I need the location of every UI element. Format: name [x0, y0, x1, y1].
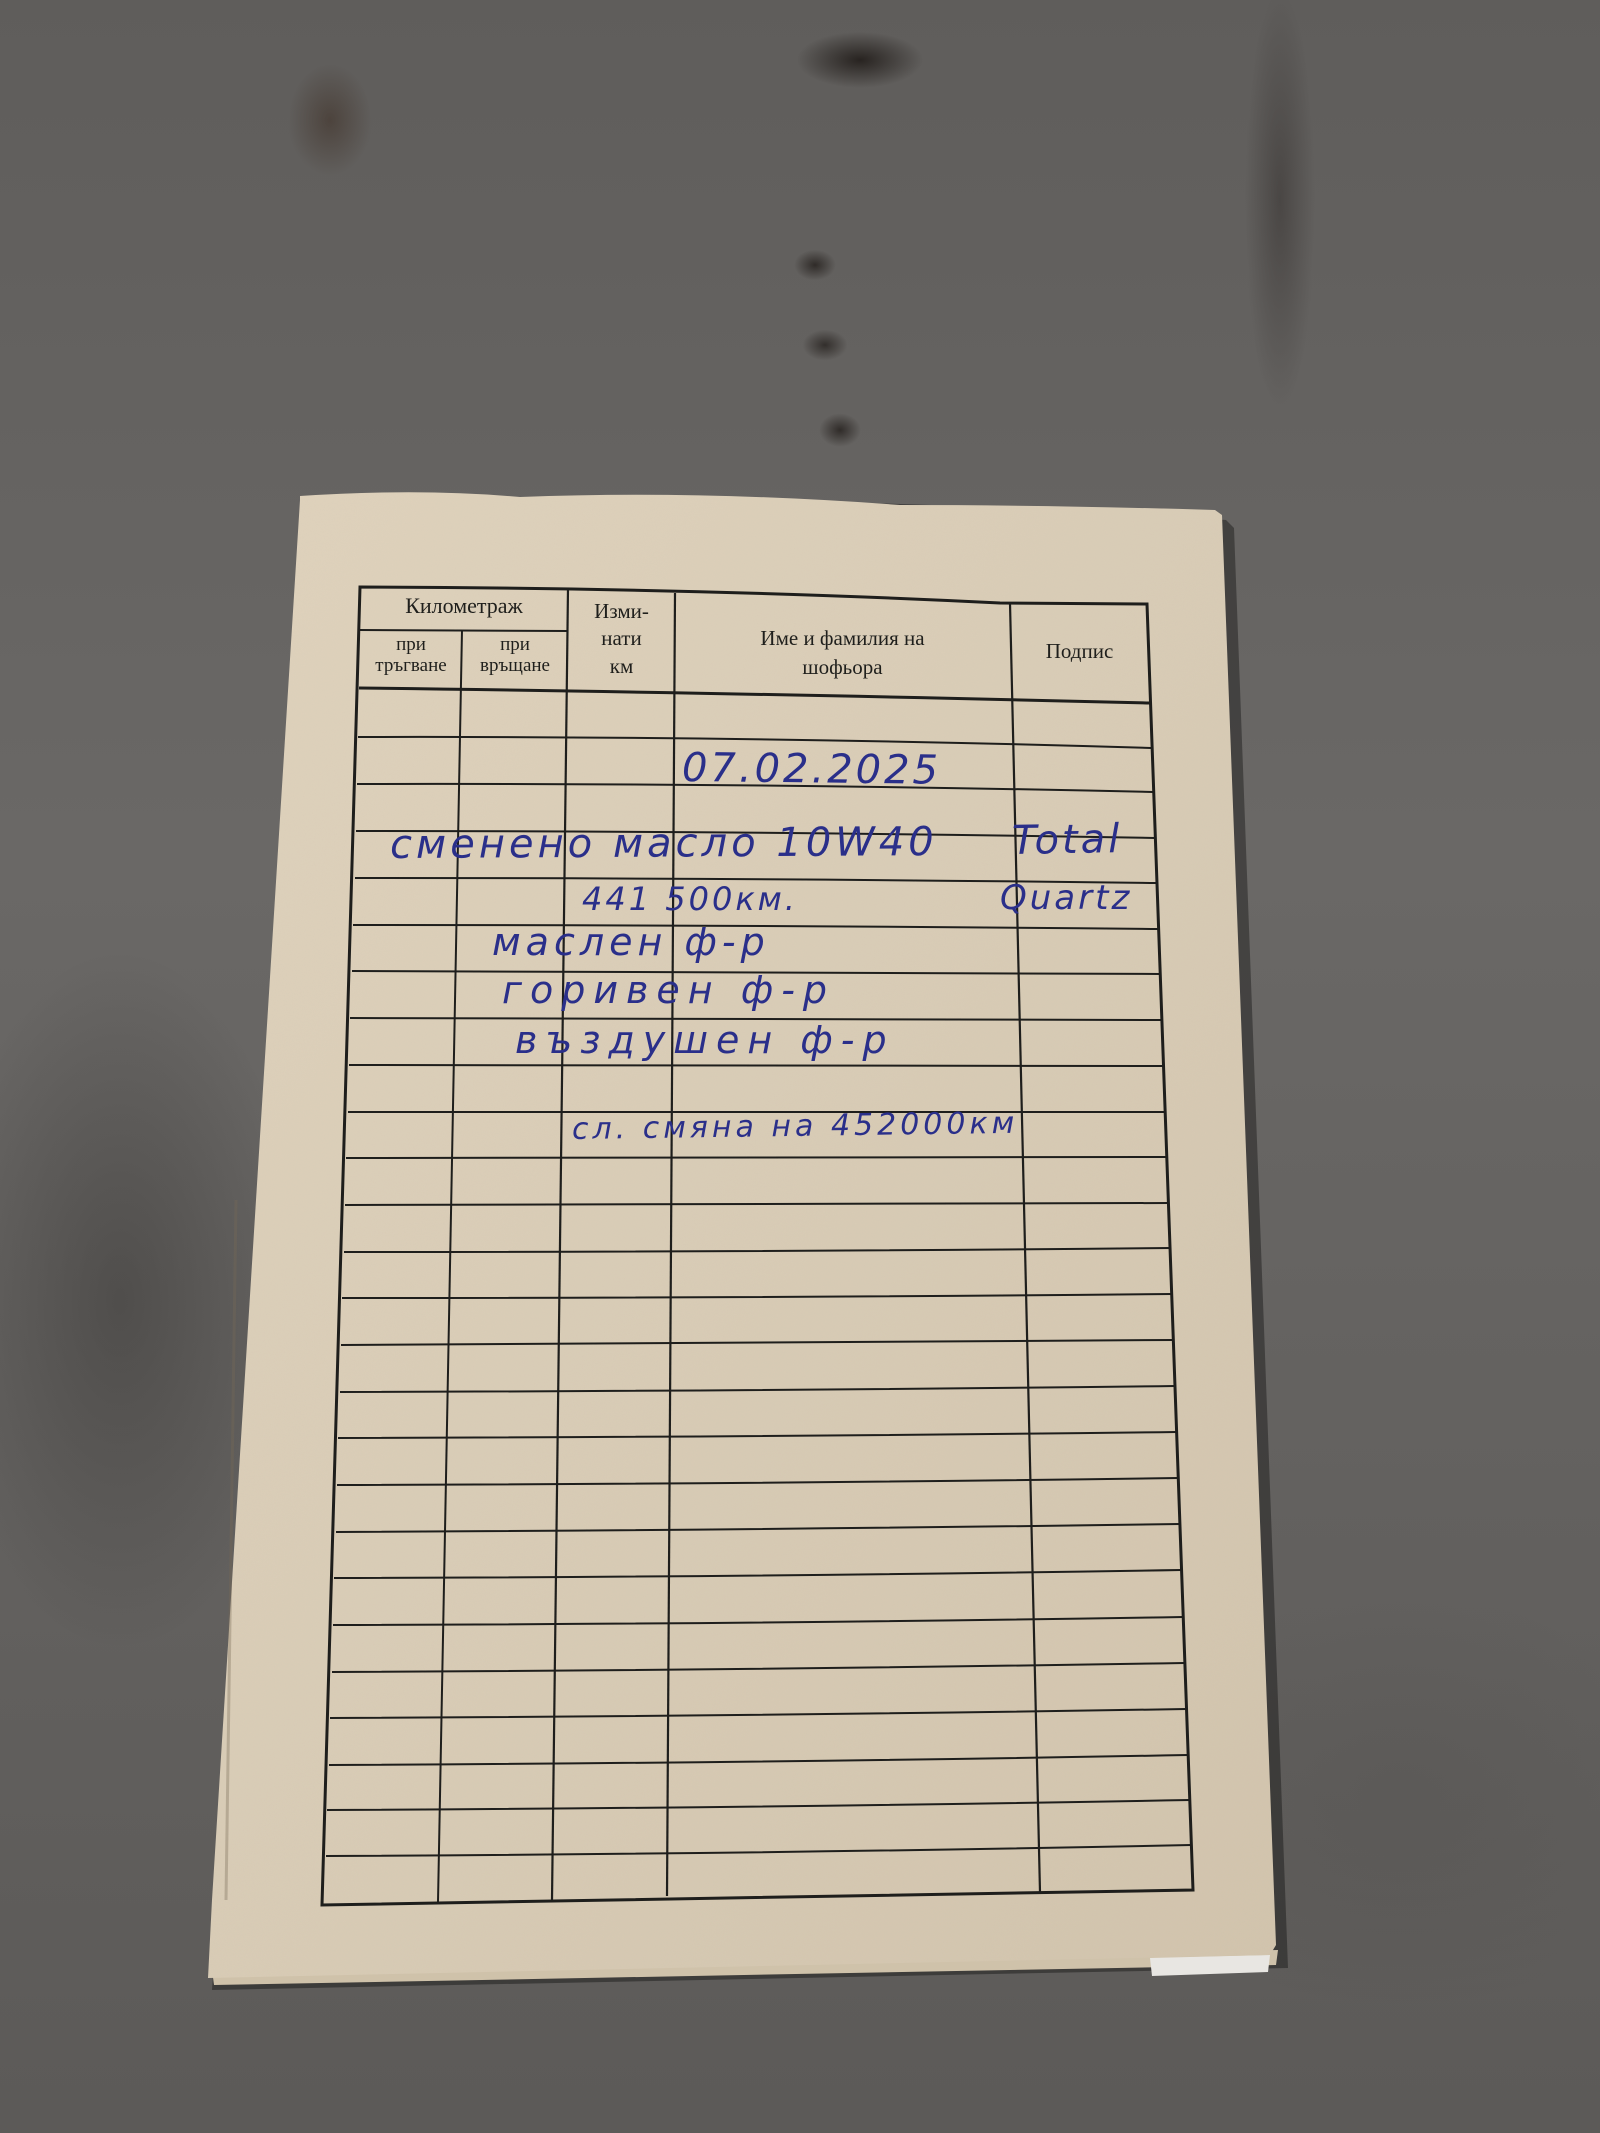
handwritten-oil-line: Quartz [1000, 878, 1132, 918]
handwritten-air-filter: въздушен ф-р [515, 1018, 895, 1062]
header-driver-name: Име и фамилия на шофьора [675, 624, 1010, 683]
handwritten-fuel-filter: горивен ф-р [502, 968, 835, 1012]
logbook-paper-and-grid [0, 0, 1600, 2133]
header-kilometrage: Километраж [360, 594, 568, 619]
handwritten-oil-brand: Total [1012, 816, 1123, 864]
handwritten-next-change: сл. смяна на 452000км [572, 1106, 1019, 1147]
handwritten-oil-change: сменено масло 10W40 [390, 819, 938, 868]
header-km-traveled: Изми- нати км [568, 598, 675, 680]
header-at-return: при връщане [462, 634, 568, 677]
handwritten-oil-filter: маслен ф-р [492, 920, 770, 964]
logbook-photo: Километраж при тръгване при връщане Изми… [0, 0, 1600, 2133]
header-at-departure: при тръгване [360, 634, 462, 677]
handwritten-odometer: 441 500км. [582, 880, 798, 918]
table-grid [322, 587, 1193, 1905]
handwritten-date: 07.02.2025 [682, 745, 941, 794]
header-signature: Подпис [1012, 640, 1147, 664]
